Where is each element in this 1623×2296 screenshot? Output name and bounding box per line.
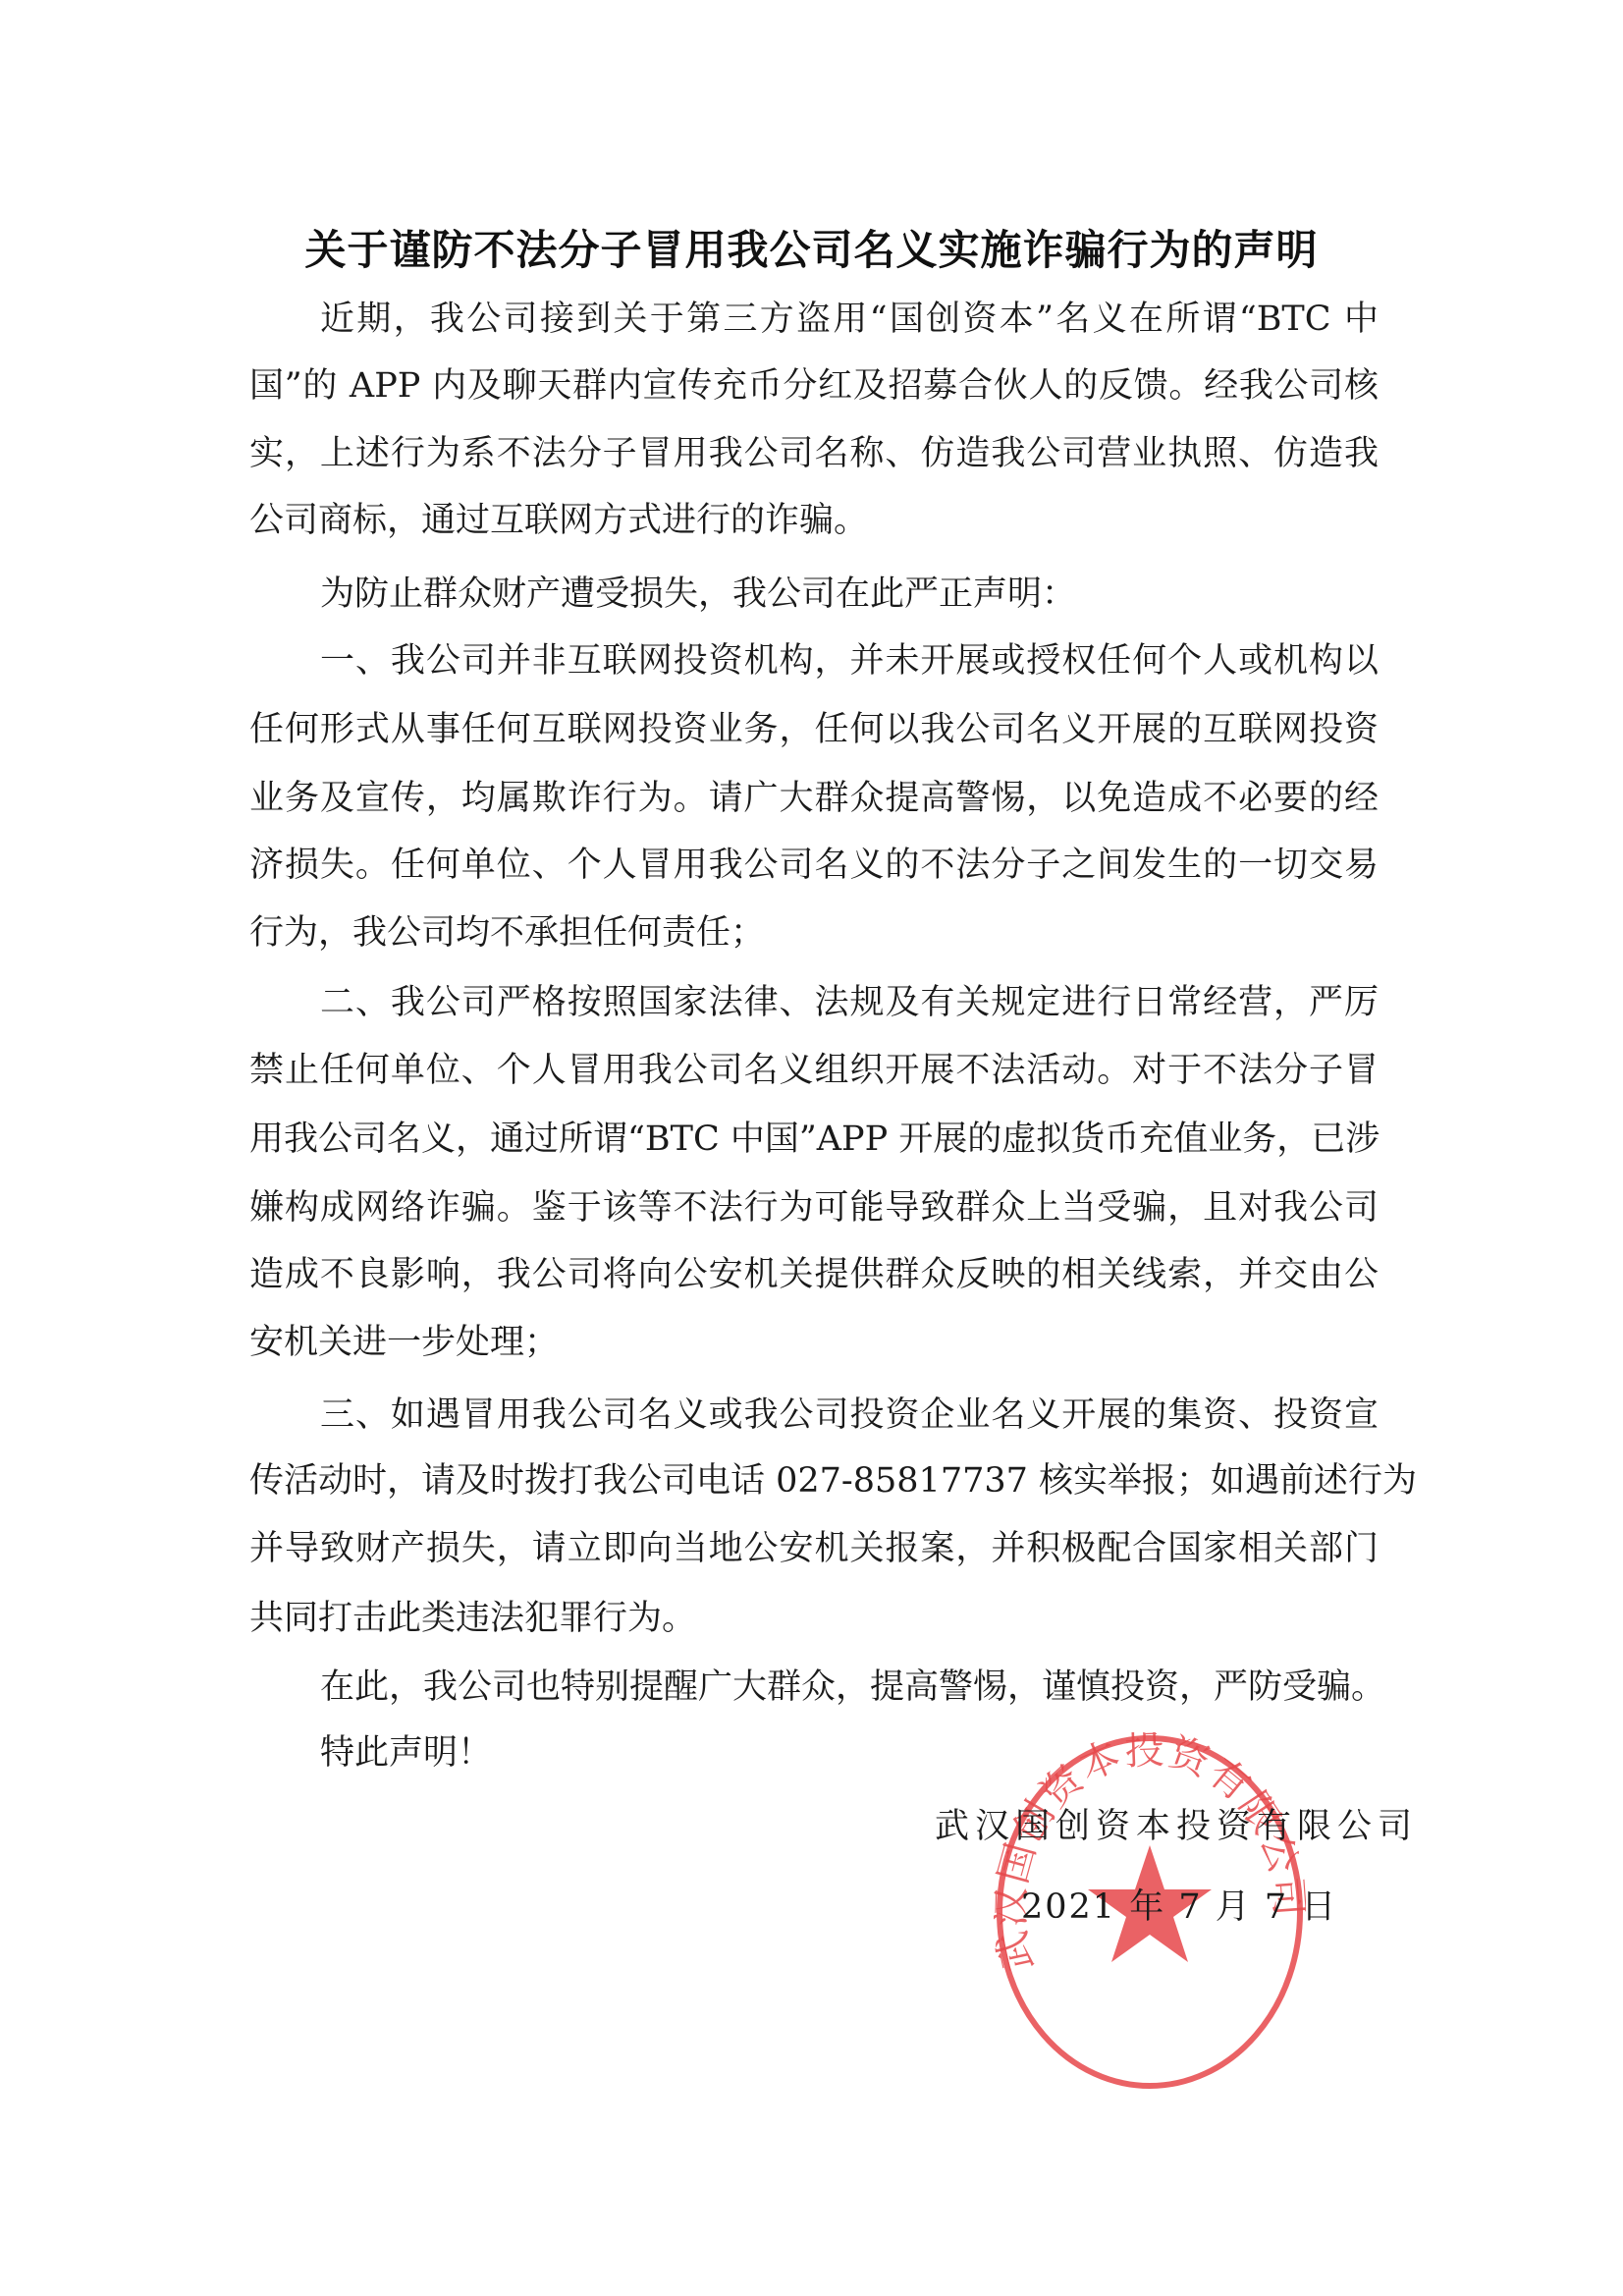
body-line: 用我公司名义，通过所谓“BTC 中国”APP 开展的虚拟货币充值业务，已涉 [249,1118,1379,1161]
signature-company: 武汉国创资本投资有限公司 [935,1805,1418,1848]
signature-date: 2021 年 7 月 7 日 [1021,1886,1337,1929]
body-line: 在此，我公司也特别提醒广大群众，提高警惕，谨慎投资，严防受骗。 [320,1666,1379,1709]
body-line: 安机关进一步处理； [249,1321,1379,1364]
body-line: 三、如遇冒用我公司名义或我公司投资企业名义开展的集资、投资宣 [320,1394,1379,1437]
body-line: 行为，我公司均不承担任何责任； [249,911,1379,955]
body-line: 为防止群众财产遭受损失，我公司在此严正声明： [320,573,1379,616]
body-line: 传活动时，请及时拨打我公司电话 027-85817737 核实举报；如遇前述行为 [249,1459,1379,1503]
body-line: 济损失。任何单位、个人冒用我公司名义的不法分子之间发生的一切交易 [249,844,1379,887]
body-line: 共同打击此类违法犯罪行为。 [249,1597,1379,1640]
body-line: 并导致财产损失，请立即向当地公安机关报案，并积极配合国家相关部门 [249,1527,1379,1570]
body-line: 实，上述行为系不法分子冒用我公司名称、仿造我公司营业执照、仿造我 [249,432,1379,475]
body-line: 公司商标，通过互联网方式进行的诈骗。 [249,499,1379,542]
body-line: 任何形式从事任何互联网投资业务，任何以我公司名义开展的互联网投资 [249,708,1379,751]
body-line: 造成不良影响，我公司将向公安机关提供群众反映的相关线索，并交由公 [249,1253,1379,1296]
body-line: 一、我公司并非互联网投资机构，并未开展或授权任何个人或机构以 [320,639,1379,683]
body-line: 二、我公司严格按照国家法律、法规及有关规定进行日常经营，严厉 [320,981,1379,1024]
body-line: 业务及宣传，均属欺诈行为。请广大群众提高警惕，以免造成不必要的经 [249,777,1379,820]
body-line: 近期，我公司接到关于第三方盗用“国创资本”名义在所谓“BTC 中 [320,298,1379,341]
body-line: 禁止任何单位、个人冒用我公司名义组织开展不法活动。对于不法分子冒 [249,1049,1379,1092]
document-title: 关于谨防不法分子冒用我公司名义实施诈骗行为的声明 [0,218,1623,277]
body-line: 国”的 APP 内及聊天群内宣传充币分红及招募合伙人的反馈。经我公司核 [249,364,1379,408]
body-line: 嫌构成网络诈骗。鉴于该等不法行为可能导致群众上当受骗，且对我公司 [249,1186,1379,1230]
